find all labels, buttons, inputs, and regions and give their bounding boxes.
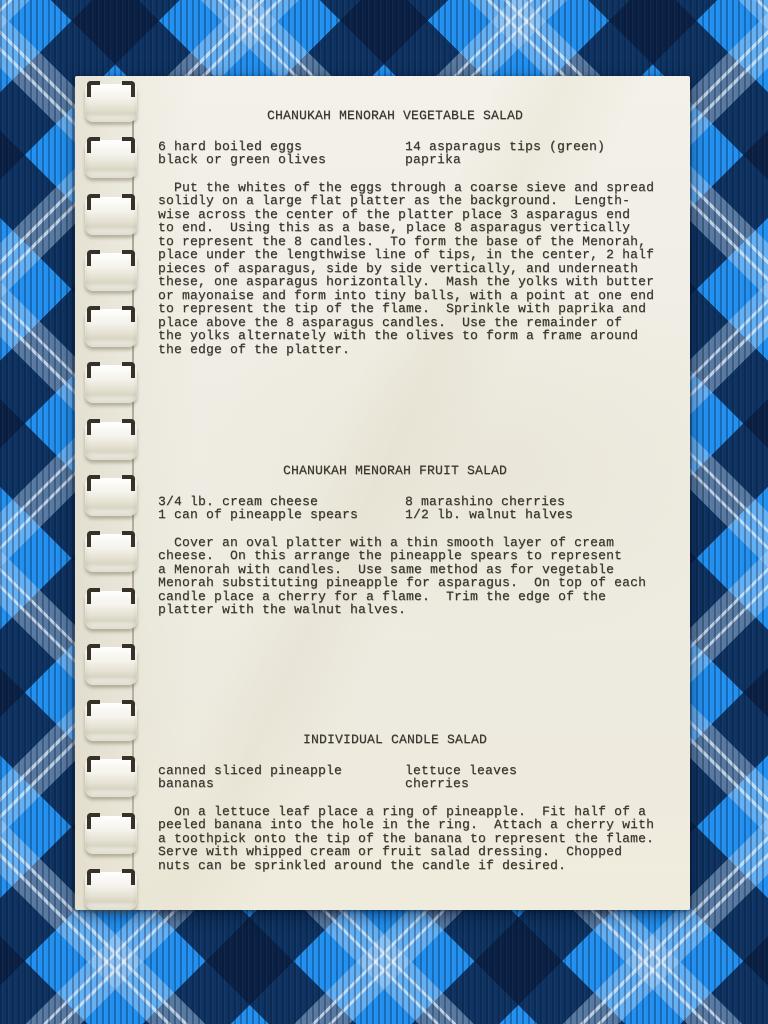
binding-loop: [85, 309, 137, 347]
recipe-instructions: Put the whites of the eggs through a coa…: [158, 181, 680, 357]
binding-loop: [85, 197, 137, 235]
binding-loop: [85, 647, 137, 685]
binding-loop: [85, 422, 137, 460]
recipe-section-candle-salad: INDIVIDUAL CANDLE SALAD canned sliced pi…: [158, 733, 680, 872]
ingredients-list: 6 hard boiled eggs black or green olives…: [158, 140, 680, 167]
binding-loop: [85, 759, 137, 797]
ingredients-column-left: 6 hard boiled eggs black or green olives: [158, 140, 326, 167]
recipe-title: CHANUKAH MENORAH FRUIT SALAD: [158, 464, 632, 478]
binding-loop: [85, 703, 137, 741]
binding-loop: [85, 872, 137, 910]
binding-loop: [85, 591, 137, 629]
plaid-background: CHANUKAH MENORAH VEGETABLE SALAD 6 hard …: [0, 0, 768, 1024]
recipe-instructions: On a lettuce leaf place a ring of pineap…: [158, 805, 680, 873]
recipe-title: INDIVIDUAL CANDLE SALAD: [158, 733, 632, 747]
ingredients-column-left: 3/4 lb. cream cheese 1 can of pineapple …: [158, 495, 358, 522]
ingredients-column-right: lettuce leaves cherries: [405, 764, 517, 791]
binding-loop: [85, 140, 137, 178]
recipe-title: CHANUKAH MENORAH VEGETABLE SALAD: [158, 109, 632, 123]
recipe-instructions: Cover an oval platter with a thin smooth…: [158, 536, 680, 617]
binding-loop: [85, 534, 137, 572]
cookbook-page: CHANUKAH MENORAH VEGETABLE SALAD 6 hard …: [75, 76, 690, 910]
binding-loop: [85, 84, 137, 122]
ingredients-column-right: 8 marashino cherries 1/2 lb. walnut halv…: [405, 495, 573, 522]
ingredients-list: canned sliced pineapple bananas lettuce …: [158, 764, 680, 791]
ingredients-column-left: canned sliced pineapple bananas: [158, 764, 342, 791]
ingredients-list: 3/4 lb. cream cheese 1 can of pineapple …: [158, 495, 680, 522]
recipe-section-fruit-salad: CHANUKAH MENORAH FRUIT SALAD 3/4 lb. cre…: [158, 464, 680, 617]
binding-loop: [85, 478, 137, 516]
ingredients-column-right: 14 asparagus tips (green) paprika: [405, 140, 605, 167]
spiral-binding: [75, 76, 147, 910]
recipe-section-vegetable-salad: CHANUKAH MENORAH VEGETABLE SALAD 6 hard …: [158, 109, 680, 356]
binding-loop: [85, 365, 137, 403]
binding-loop: [85, 253, 137, 291]
binding-loop: [85, 816, 137, 854]
